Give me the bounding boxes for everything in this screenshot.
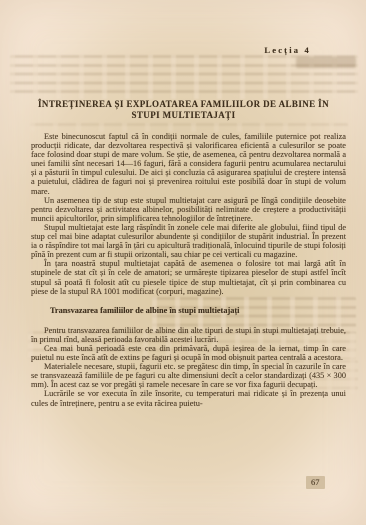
ink-bleed-texture bbox=[30, 123, 348, 132]
section-heading: Transvazarea familiilor de albine în stu… bbox=[31, 306, 346, 315]
paragraph: Cea mai bună perioadă este cea din primă… bbox=[31, 344, 346, 362]
paragraph: Materialele necesare, stupii, fagurii et… bbox=[31, 362, 346, 389]
paragraph: În țara noastră stupul multietajat capăt… bbox=[31, 259, 346, 295]
book-page: Lecția 4 ÎNTREȚINEREA ȘI EXPLOATAREA FAM… bbox=[0, 0, 366, 525]
page-title: ÎNTREȚINEREA ȘI EXPLOATAREA FAMILIILOR D… bbox=[26, 99, 341, 120]
body-text: Este binecunoscut faptul că în condiții … bbox=[31, 132, 346, 408]
ink-bleed-texture bbox=[296, 57, 356, 68]
page-number-highlight: 67 bbox=[306, 476, 325, 489]
lesson-header: Lecția 4 bbox=[264, 45, 311, 55]
title-line: ÎNTREȚINEREA ȘI EXPLOATAREA FAMILIILOR D… bbox=[26, 99, 341, 110]
paragraph: Stupul multietajat este larg răspîndit î… bbox=[31, 223, 346, 259]
paragraph: Pentru transvazarea familiilor de albine… bbox=[31, 326, 346, 344]
paragraph: Este binecunoscut faptul că în condiții … bbox=[31, 132, 346, 196]
paragraph: Un asemenea tip de stup este stupul mult… bbox=[31, 196, 346, 223]
title-line: STUPI MULTIETAJAȚI bbox=[26, 110, 341, 121]
page-number: 67 bbox=[306, 476, 325, 489]
paragraph: Lucrările se vor executa în zile însorit… bbox=[31, 389, 346, 407]
